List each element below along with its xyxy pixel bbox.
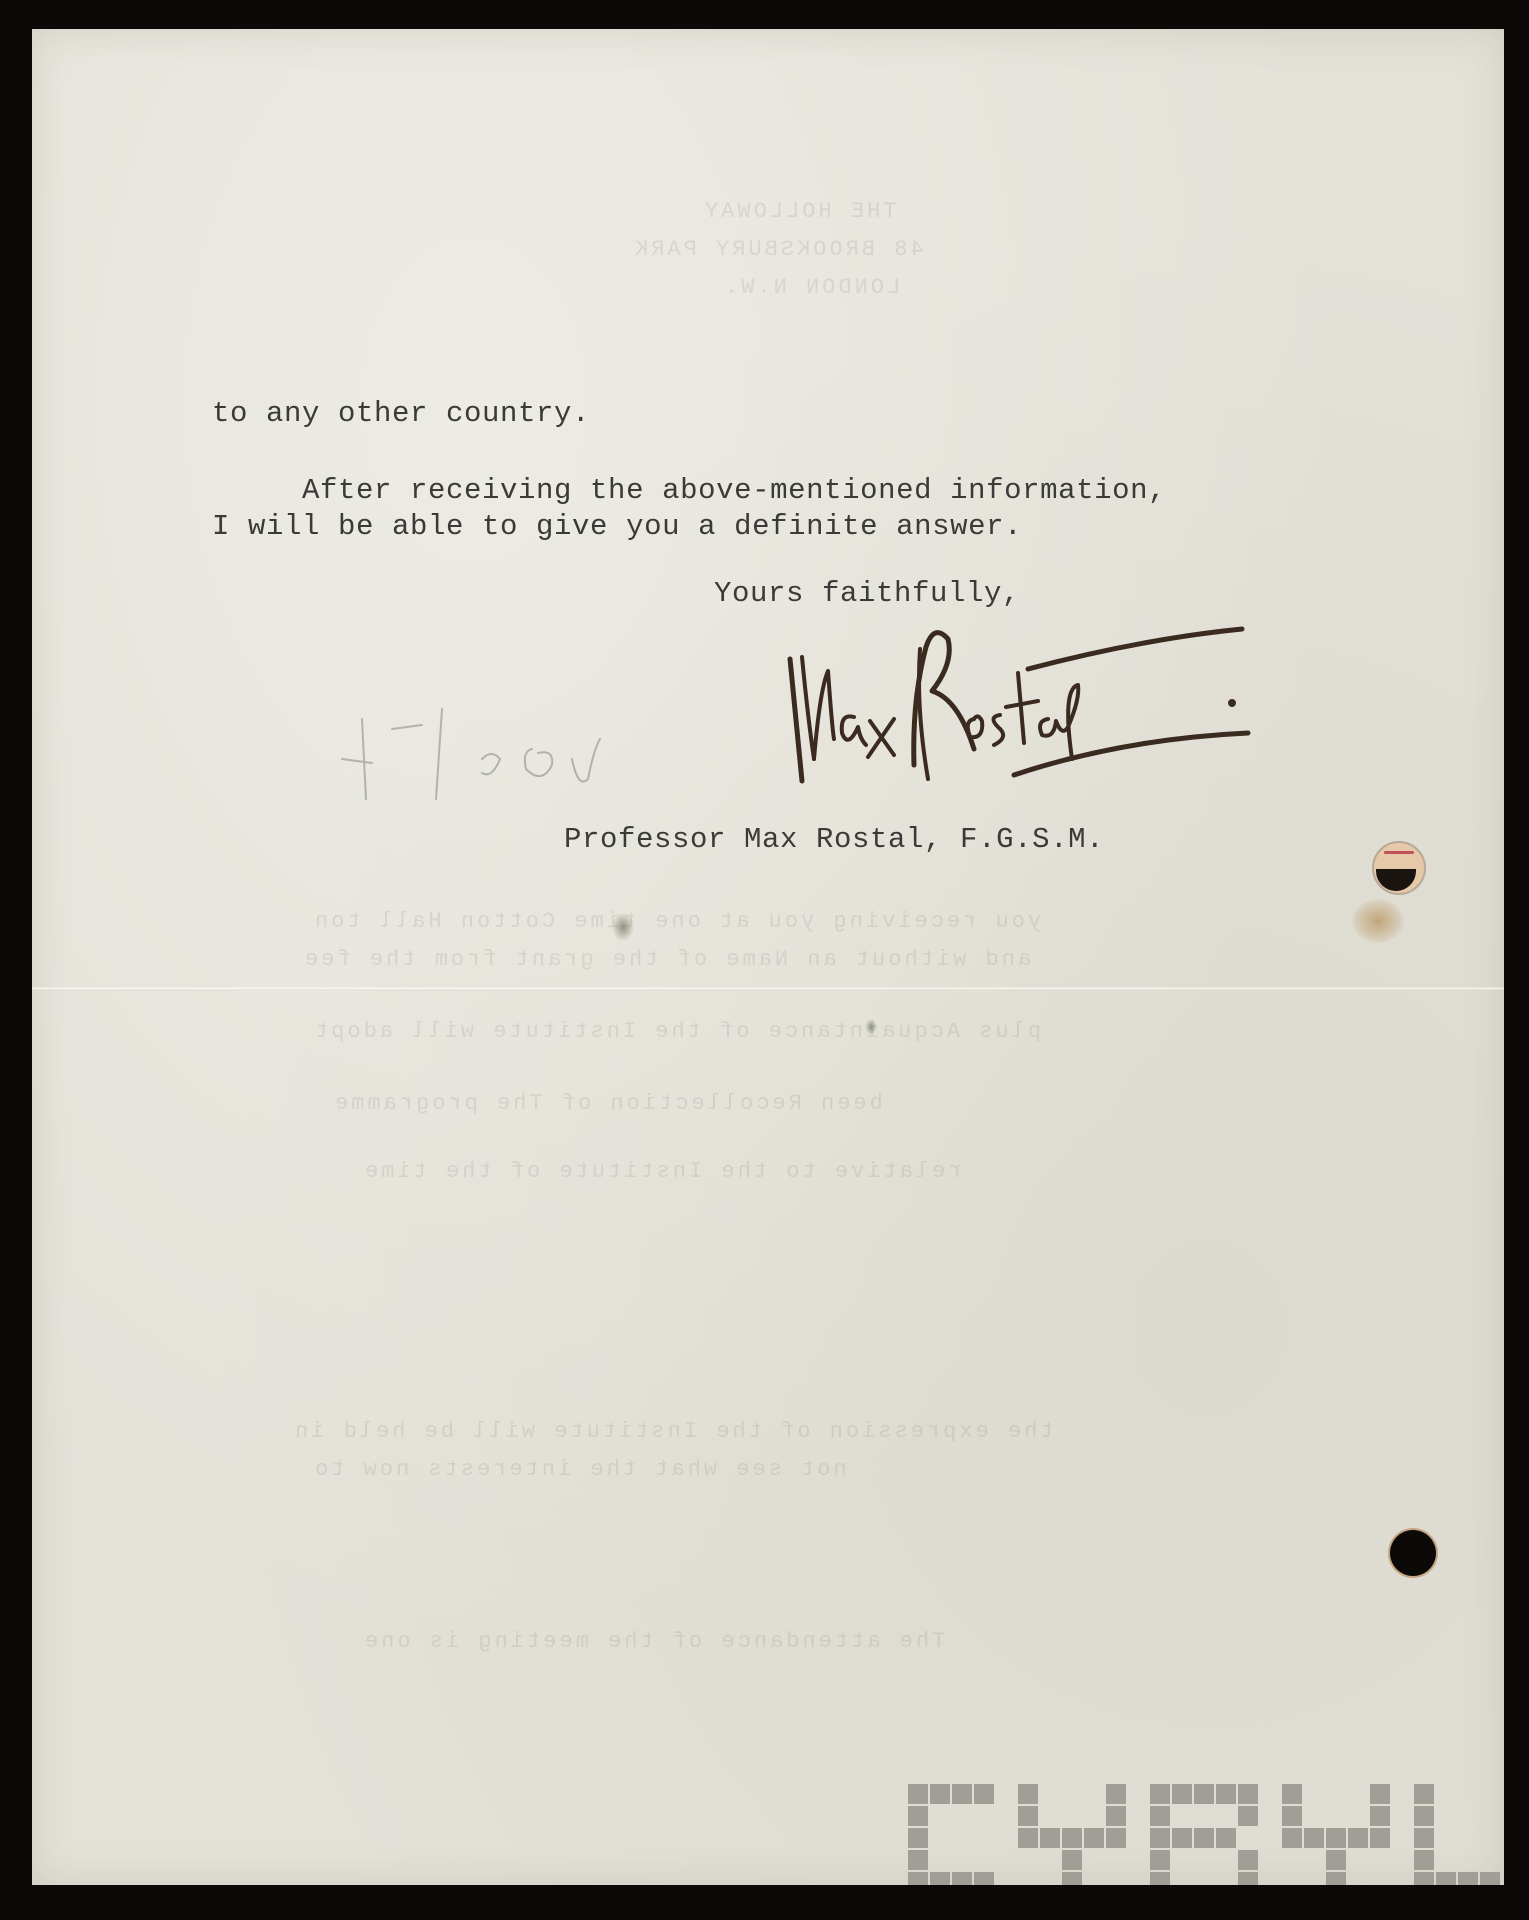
letter-page: THE HOLLOWAY 48 BROOKSBURY PARK LONDON N… — [32, 29, 1504, 1885]
closing-salutation: Yours faithfully, — [714, 577, 1020, 611]
reverse-text-show-through: and without an Name of the grant from th… — [302, 947, 1031, 972]
body-paragraph-line-2: I will be able to give you a definite an… — [212, 510, 1022, 544]
letterhead-show-through: LONDON N.W. — [722, 275, 900, 300]
letterhead-show-through: THE HOLLOWAY — [702, 199, 896, 224]
body-paragraph-line-1: After receiving the above-mentioned info… — [212, 474, 1166, 508]
reverse-text-show-through: been Recollection of The programme — [332, 1091, 883, 1116]
punch-hole-upper — [1372, 841, 1426, 895]
ink-speck — [865, 1019, 877, 1035]
punch-hole-lower — [1390, 1530, 1436, 1576]
reverse-text-show-through: plus Acquaintance of the Institute will … — [312, 1019, 1041, 1044]
handwritten-signature — [762, 609, 1282, 789]
rust-stain — [1352, 899, 1404, 943]
reverse-text-show-through: you receiving you at one time Cotton Hal… — [312, 909, 1041, 934]
reverse-text-show-through: not see what the interests now to — [312, 1457, 847, 1482]
body-line-1: to any other country. — [212, 397, 590, 431]
ink-stain — [612, 913, 634, 941]
letterhead-show-through: 48 BROOKSBURY PARK — [632, 237, 924, 262]
reverse-text-show-through: relative to the Institute of the time — [362, 1159, 961, 1184]
pencil-annotation — [332, 689, 652, 809]
reverse-text-show-through: The attendance of the meeting is one — [362, 1629, 945, 1654]
typed-signature-name: Professor Max Rostal, F.G.S.M. — [564, 823, 1104, 857]
reverse-text-show-through: the expression of the Institute will be … — [292, 1419, 1054, 1444]
paper-fold-line — [32, 987, 1504, 990]
